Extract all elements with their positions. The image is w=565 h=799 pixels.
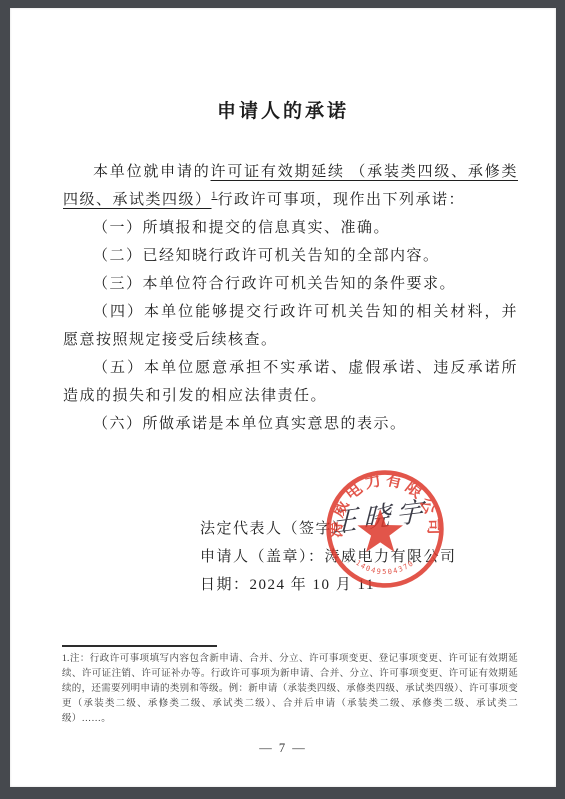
date-line: 日期：2024 年 10 月 11 — [200, 571, 457, 599]
commitment-item-3: （三）本单位符合行政许可机关告知的条件要求。 — [63, 270, 518, 298]
commitment-item-4: （四）本单位能够提交行政许可机关告知的相关材料，并愿意按照规定接受后续核查。 — [63, 298, 518, 354]
date-label: 日期： — [200, 577, 250, 593]
footnote-divider — [62, 645, 217, 647]
legal-rep-signature: 王晓宇 — [330, 497, 429, 537]
commitment-body: 本单位就申请的许可证有效期延续 （承装类四级、承修类四级、承试类四级）1行政许可… — [63, 158, 518, 438]
commitment-item-5: （五）本单位愿意承担不实承诺、虚假承诺、违反承诺所造成的损失和引发的相应法律责任… — [63, 354, 518, 410]
legal-rep-line: 法定代表人（签字）： 王晓宇 — [200, 515, 457, 543]
footnote-text: 1.注：行政许可事项填写内容包含新申请、合并、分立、许可事项变更、登记事项变更、… — [62, 652, 518, 727]
intro-paragraph: 本单位就申请的许可证有效期延续 （承装类四级、承修类四级、承试类四级）1行政许可… — [63, 158, 518, 214]
commitment-item-1: （一）所填报和提交的信息真实、准确。 — [63, 214, 518, 242]
page-number: — 7 — — [10, 741, 556, 756]
intro-prefix: 本单位就申请的 — [93, 164, 211, 180]
commitment-item-6: （六）所做承诺是本单位真实意思的表示。 — [63, 410, 518, 438]
applicant-name: 涛威电力有限公司 — [325, 549, 457, 565]
intro-suffix: 行政许可事项，现作出下列承诺： — [218, 192, 466, 208]
date-value: 2024 年 10 月 11 — [250, 577, 375, 593]
applicant-line: 申请人（盖章）：涛威电力有限公司 — [200, 543, 457, 571]
signature-block: 法定代表人（签字）： 王晓宇 申请人（盖章）：涛威电力有限公司 日期：2024 … — [200, 515, 457, 599]
page-title: 申请人的承诺 — [10, 96, 556, 123]
applicant-label: 申请人（盖章）： — [200, 549, 325, 565]
document-page: 申请人的承诺 本单位就申请的许可证有效期延续 （承装类四级、承修类四级、承试类四… — [10, 8, 556, 787]
commitment-item-2: （二）已经知晓行政许可机关告知的全部内容。 — [63, 242, 518, 270]
